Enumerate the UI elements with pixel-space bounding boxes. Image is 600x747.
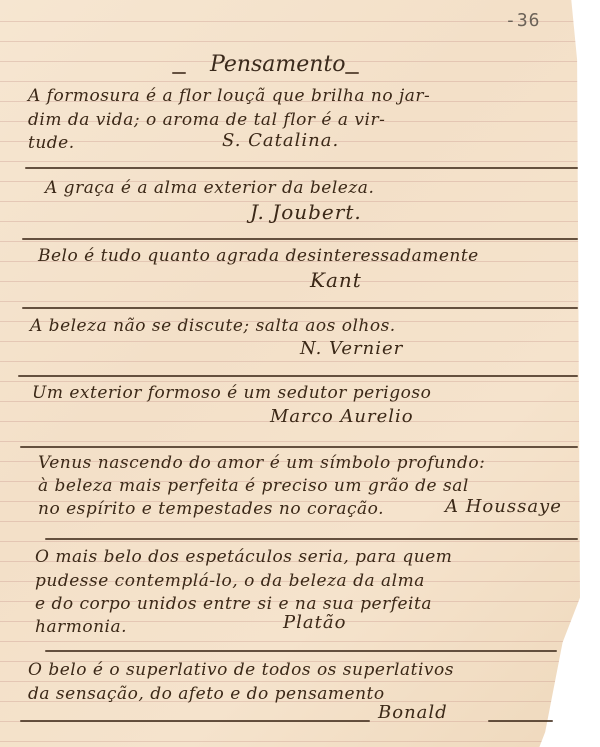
quote-7-line-4: harmonia. <box>35 615 127 639</box>
quote-5-line-1: Um exterior formoso é um sedutor perigos… <box>32 381 431 405</box>
quote-1-line-3: tude. <box>28 131 75 155</box>
quote-4-line-1: A beleza não se discute; salta aos olhos… <box>30 314 396 338</box>
quote-4-author: N. Vernier <box>300 338 403 359</box>
quote-1-author: S. Catalina. <box>222 130 339 151</box>
quote-8-line-2: da sensação, do afeto e do pensamento <box>28 682 385 706</box>
title-underline-left <box>172 72 186 74</box>
quote-6-line-3: no espírito e tempestades no coração. <box>38 497 384 521</box>
page-title: Pensamento <box>210 52 346 77</box>
quote-8-author: Bonald <box>378 702 448 723</box>
quote-8-line-1: O belo é o superlativo de todos os super… <box>28 658 454 682</box>
separator-2 <box>22 238 578 240</box>
page-number: -36 <box>505 10 541 31</box>
quote-1-line-2: dim da vida; o aroma de tal flor é a vir… <box>28 108 385 132</box>
title-underline-right <box>345 72 359 74</box>
signature-line-right <box>488 720 553 722</box>
quote-7-author: Platão <box>283 612 346 633</box>
quote-7-line-1: O mais belo dos espetáculos seria, para … <box>35 545 452 569</box>
quote-6-line-1: Venus nascendo do amor é um símbolo prof… <box>38 451 485 475</box>
separator-4 <box>18 375 578 377</box>
separator-7 <box>45 650 557 652</box>
quote-2-author: J. Joubert. <box>250 200 362 224</box>
quote-3-author: Kant <box>310 268 362 292</box>
separator-1 <box>25 167 578 169</box>
quote-7-line-2: pudesse contemplá-lo, o da beleza da alm… <box>35 569 425 593</box>
quote-1-line-1: A formosura é a flor louçã que brilha no… <box>28 84 430 108</box>
quote-3-line-1: Belo é tudo quanto agrada desinteressada… <box>38 244 479 268</box>
separator-5 <box>20 446 578 448</box>
quote-6-author: A Houssaye <box>445 496 562 517</box>
quote-7-line-3: e do corpo unidos entre si e na sua perf… <box>35 592 432 616</box>
quote-6-line-2: à beleza mais perfeita é preciso um grão… <box>38 474 469 498</box>
quote-5-author: Marco Aurelio <box>270 406 414 427</box>
separator-6 <box>45 538 578 540</box>
signature-line-left <box>20 720 370 722</box>
quote-2-line-1: A graça é a alma exterior da beleza. <box>45 176 374 200</box>
separator-3 <box>22 307 578 309</box>
